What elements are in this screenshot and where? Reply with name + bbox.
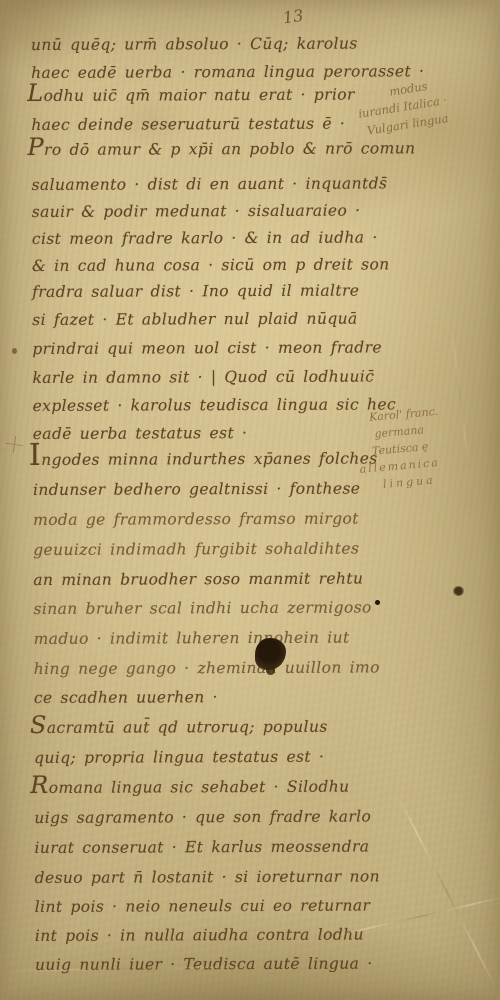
manuscript-line: moda ge frammordesso framso mirgot [33, 512, 359, 529]
manuscript-line: unū quēq; urm̄ absoluo · Cūq; karolus [31, 37, 358, 54]
manuscript-line: geuuizci indimadh furgibit sohaldihtes [33, 542, 359, 559]
manuscript-line: desuo part n̄ lostanit · si ioreturnar n… [35, 869, 380, 886]
manuscript-line: Pro dō amur & p xp̄i an poblo & nrō comu… [27, 141, 415, 158]
manuscript-line: & in cad huna cosa · sicū om p dreit son [32, 257, 390, 274]
margin-note-middle: Karol' franc. germana Teutisca ę alleman… [362, 403, 444, 494]
manuscript-page: 13 unū quēq; urm̄ absoluo · Cūq; karolus… [0, 0, 500, 1000]
manuscript-line: sauir & podir medunat · sisaluaraieo · [32, 204, 361, 221]
manuscript-line: an minan bruodher soso manmit rehtu [33, 572, 363, 589]
margin-cross-mark [5, 435, 24, 454]
manuscript-line: maduo · indimit luheren innohein iut [34, 631, 350, 648]
manuscript-line: saluamento · dist di en auant · inquantd… [32, 176, 388, 193]
manuscript-text-block: unū quēq; urm̄ absoluo · Cūq; karolus ha… [0, 0, 500, 1000]
manuscript-line: Ingodes minna indurthes xp̄anes folches [29, 451, 378, 468]
ink-blot-droplet [266, 665, 275, 675]
manuscript-line: Sacramtū aut̄ qd utroruq; populus [30, 720, 328, 737]
manuscript-line: karle in damno sit · | Quod cū lodhuuic̄ [32, 369, 374, 386]
manuscript-line: haec deinde seseruaturū testatus ē · [31, 117, 345, 134]
manuscript-line: lint pois · neio neneuls cui eo returnar [35, 898, 371, 915]
manuscript-line: hing nege gango · zheminan uuillon imo [34, 660, 380, 677]
manuscript-line: ce scadhen uuerhen · [34, 690, 218, 706]
manuscript-line: sinan bruher scal indhi ucha zermigoso [33, 600, 371, 617]
manuscript-line: uuig nunli iuer · Teudisca autē lingua · [35, 956, 373, 973]
manuscript-line: si fazet · Et abludher nul plaid nūquā [32, 312, 358, 329]
manuscript-line: prindrai qui meon uol cist · meon fradre [32, 340, 382, 357]
manuscript-line: uigs sagramento · que son fradre karlo [34, 809, 371, 826]
manuscript-line: haec eadē uerba · romana lingua perorass… [31, 64, 424, 81]
manuscript-line: eadē uerba testatus est · [33, 426, 248, 442]
manuscript-line: iurat conseruat · Et karlus meossendra [34, 839, 369, 856]
manuscript-line: fradra saluar dist · Ino quid il mialtre [32, 284, 359, 301]
manuscript-line: quiq; propria lingua testatus est · [34, 750, 324, 767]
manuscript-line: Lodhu uic̄ qm̄ maior natu erat · prior [27, 88, 355, 105]
wormhole-spot [453, 586, 464, 596]
manuscript-line: int pois · in nulla aiudha contra lodhu [35, 928, 364, 945]
ink-speck [375, 600, 380, 605]
manuscript-line: explesset · karolus teudisca lingua sic … [33, 397, 397, 414]
margin-speck [12, 348, 17, 354]
manuscript-line: indunser bedhero gealtnissi · fonthese [33, 482, 360, 499]
manuscript-line: Romana lingua sic sehabet · Silodhu [30, 780, 349, 797]
manuscript-line: cist meon fradre karlo · & in ad iudha · [32, 230, 378, 247]
